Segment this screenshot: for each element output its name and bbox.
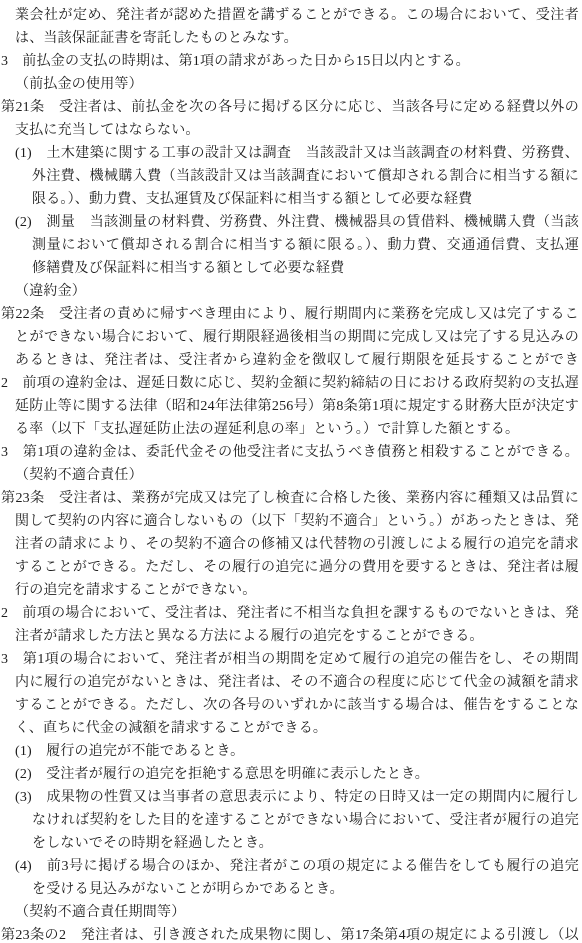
text-line: 第21条 受注者は、前払金を次の各号に掲げる区分に応じ、当該各号に定める経費以外… (1, 96, 579, 119)
text-line: (2) 受注者が履行の追完を拒絶する意思を明確に表示したとき。 (1, 763, 579, 786)
text-line: 注者の請求により、その契約不適合の修補又は代替物の引渡しによる履行の追完を請求 (1, 533, 579, 556)
text-line: (2) 測量 当該測量の材料費、労務費、外注費、機械器具の賃借料、機械購入費（当… (1, 211, 579, 234)
text-line: (1) 履行の追完が不能であるとき。 (1, 740, 579, 763)
text-line: 第23条 受注者は、業務が完成又は完了し検査に合格した後、業務内容に種類又は品質… (1, 487, 579, 510)
text-line: あるときは、発注者は、受注者から違約金を徴収して履行期限を延長することができる。 (1, 349, 579, 372)
text-line: (4) 前3号に掲げる場合のほか、発注者がこの項の規定による催告をしても履行の追… (1, 855, 579, 878)
text-line: を受ける見込みがないことが明らかであるとき。 (1, 878, 579, 901)
text-line: 支払に充当してはならない。 (1, 119, 579, 142)
text-line: (1) 土木建築に関する工事の設計又は調査 当該設計又は当該調査の材料費、労務費… (1, 142, 579, 165)
text-line: 2 前項の違約金は、遅延日数に応じ、契約金額に契約締結の日における政府契約の支払… (1, 372, 579, 395)
text-line: （契約不適合責任） (1, 464, 579, 487)
text-line: なければ契約をした目的を達することができない場合において、受注者が履行の追完 (1, 809, 579, 832)
document-page: 業会社が定め、発注者が認めた措置を講ずることができる。この場合において、受注者は… (0, 0, 582, 943)
text-line: 測量において償却される割合に相当する額に限る。）、動力費、交通通信費、支払運賃、 (1, 234, 579, 257)
text-line: 第22条 受注者の責めに帰すべき理由により、履行期間内に業務を完成し又は完了する… (1, 303, 579, 326)
text-line: (3) 成果物の性質又は当事者の意思表示により、特定の日時又は一定の期間内に履行… (1, 786, 579, 809)
text-line: 外注費、機械購入費（当該設計又は当該調査において償却される割合に相当する額に (1, 165, 579, 188)
text-line: 業会社が定め、発注者が認めた措置を講ずることができる。この場合において、受注者 (1, 4, 579, 27)
text-line: 延防止等に関する法律（昭和24年法律第256号）第8条第1項に規定する財務大臣が… (1, 395, 579, 418)
text-line: 3 第1項の違約金は、委託代金その他受注者に支払うべき債務と相殺することができる… (1, 441, 579, 464)
text-line: （契約不適合責任期間等） (1, 901, 579, 924)
text-line: 修繕費及び保証料に相当する額として必要な経費 (1, 257, 579, 280)
text-line: 限る。）、動力費、支払運賃及び保証料に相当する額として必要な経費 (1, 188, 579, 211)
document-body: 業会社が定め、発注者が認めた措置を講ずることができる。この場合において、受注者は… (1, 4, 579, 943)
text-line: 行の追完を請求することができない。 (1, 579, 579, 602)
text-line: 内に履行の追完がないときは、発注者は、その不適合の程度に応じて代金の減額を請求 (1, 671, 579, 694)
text-line: 3 第1項の場合において、発注者が相当の期間を定めて履行の追完の催告をし、その期… (1, 648, 579, 671)
text-line: することができる。ただし、その履行の追完に過分の費用を要するときは、発注者は履 (1, 556, 579, 579)
text-line: は、当該保証証書を寄託したものとみなす。 (1, 27, 579, 50)
text-line: 3 前払金の支払の時期は、第1項の請求があった日から15日以内とする。 (1, 50, 579, 73)
text-line: 関して契約の内容に適合しないもの（以下「契約不適合」という。）があったときは、発 (1, 510, 579, 533)
text-line: る率（以下「支払遅延防止法の遅延利息の率」という。）で計算した額とする。 (1, 418, 579, 441)
text-line: 注者が請求した方法と異なる方法による履行の追完をすることができる。 (1, 625, 579, 648)
text-line: とができない場合において、履行期限経過後相当の期間に完成し又は完了する見込みの (1, 326, 579, 349)
text-line: 2 前項の場合において、受注者は、発注者に不相当な負担を課するものでないときは、… (1, 602, 579, 625)
text-line: をしないでその時期を経過したとき。 (1, 832, 579, 855)
text-line: （違約金） (1, 280, 579, 303)
text-line: することができる。ただし、次の各号のいずれかに該当する場合は、催告をすることな (1, 694, 579, 717)
text-line: （前払金の使用等） (1, 73, 579, 96)
text-line: 第23条の2 発注者は、引き渡された成果物に関し、第17条第4項の規定による引渡… (1, 924, 579, 943)
text-line: く、直ちに代金の減額を請求することができる。 (1, 717, 579, 740)
